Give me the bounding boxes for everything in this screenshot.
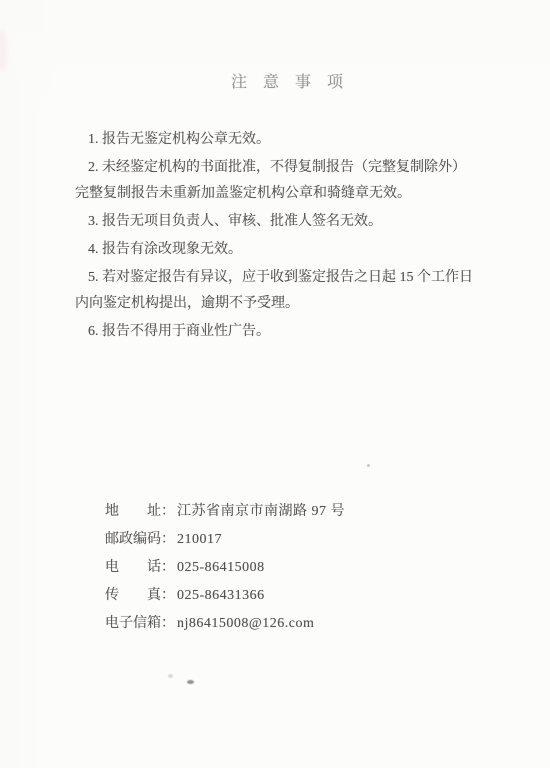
scan-speck — [168, 674, 173, 678]
contact-label: 电 话 — [105, 554, 161, 582]
contact-colon: ： — [161, 498, 175, 526]
contact-label: 电子信箱 — [105, 610, 161, 638]
contact-colon: ： — [161, 610, 175, 638]
contact-label: 地 址 — [105, 498, 161, 526]
note-line: 6. 报告不得用于商业性广告。 — [75, 319, 505, 345]
contact-colon: ： — [161, 554, 175, 582]
notes-section: 1. 报告无鉴定机构公章无效。 2. 未经鉴定机构的书面批准，不得复制报告（完整… — [75, 127, 505, 347]
note-item-6: 6. 报告不得用于商业性广告。 — [75, 319, 505, 345]
contact-label: 传 真 — [105, 582, 161, 610]
note-line: 4. 报告有涂改现象无效。 — [75, 237, 505, 263]
note-item-3: 3. 报告无项目负责人、审核、批准人签名无效。 — [75, 209, 505, 235]
note-line: 1. 报告无鉴定机构公章无效。 — [75, 127, 505, 153]
scanned-document-page: 注 意 事 项 1. 报告无鉴定机构公章无效。 2. 未经鉴定机构的书面批准，不… — [0, 0, 550, 768]
note-item-2: 2. 未经鉴定机构的书面批准，不得复制报告（完整复制除外） 完整复制报告未重新加… — [75, 155, 505, 207]
scan-speck — [367, 464, 370, 467]
contact-row-fax: 传 真：025-86431366 — [105, 582, 345, 610]
contact-colon: ： — [161, 526, 175, 554]
contact-label: 邮政编码 — [105, 526, 161, 554]
note-item-1: 1. 报告无鉴定机构公章无效。 — [75, 127, 505, 153]
scan-speck — [187, 680, 194, 684]
note-line: 3. 报告无项目负责人、审核、批准人签名无效。 — [75, 209, 505, 235]
page-title: 注 意 事 项 — [75, 72, 505, 94]
contact-value-phone: 025-86415008 — [177, 560, 265, 575]
contact-value-postcode: 210017 — [177, 532, 222, 547]
contact-row-phone: 电 话：025-86415008 — [105, 554, 345, 582]
contact-info-block: 地 址：江苏省南京市南湖路 97 号 邮政编码：210017 电 话：025-8… — [105, 498, 345, 638]
note-item-5: 5. 若对鉴定报告有异议，应于收到鉴定报告之日起 15 个工作日 内向鉴定机构提… — [75, 265, 505, 317]
note-line: 内向鉴定机构提出，逾期不予受理。 — [75, 291, 505, 317]
contact-row-postcode: 邮政编码：210017 — [105, 526, 345, 554]
contact-row-email: 电子信箱：nj86415008@126.com — [105, 610, 345, 638]
contact-value-address: 江苏省南京市南湖路 97 号 — [177, 504, 345, 519]
note-item-4: 4. 报告有涂改现象无效。 — [75, 237, 505, 263]
scan-edge-smudge — [0, 30, 6, 70]
contact-colon: ： — [161, 582, 175, 610]
contact-row-address: 地 址：江苏省南京市南湖路 97 号 — [105, 498, 345, 526]
note-line: 5. 若对鉴定报告有异议，应于收到鉴定报告之日起 15 个工作日 — [75, 265, 505, 291]
contact-value-email: nj86415008@126.com — [177, 616, 314, 631]
contact-value-fax: 025-86431366 — [177, 588, 265, 603]
note-line: 完整复制报告未重新加盖鉴定机构公章和骑缝章无效。 — [75, 181, 505, 207]
note-line: 2. 未经鉴定机构的书面批准，不得复制报告（完整复制除外） — [75, 155, 505, 181]
